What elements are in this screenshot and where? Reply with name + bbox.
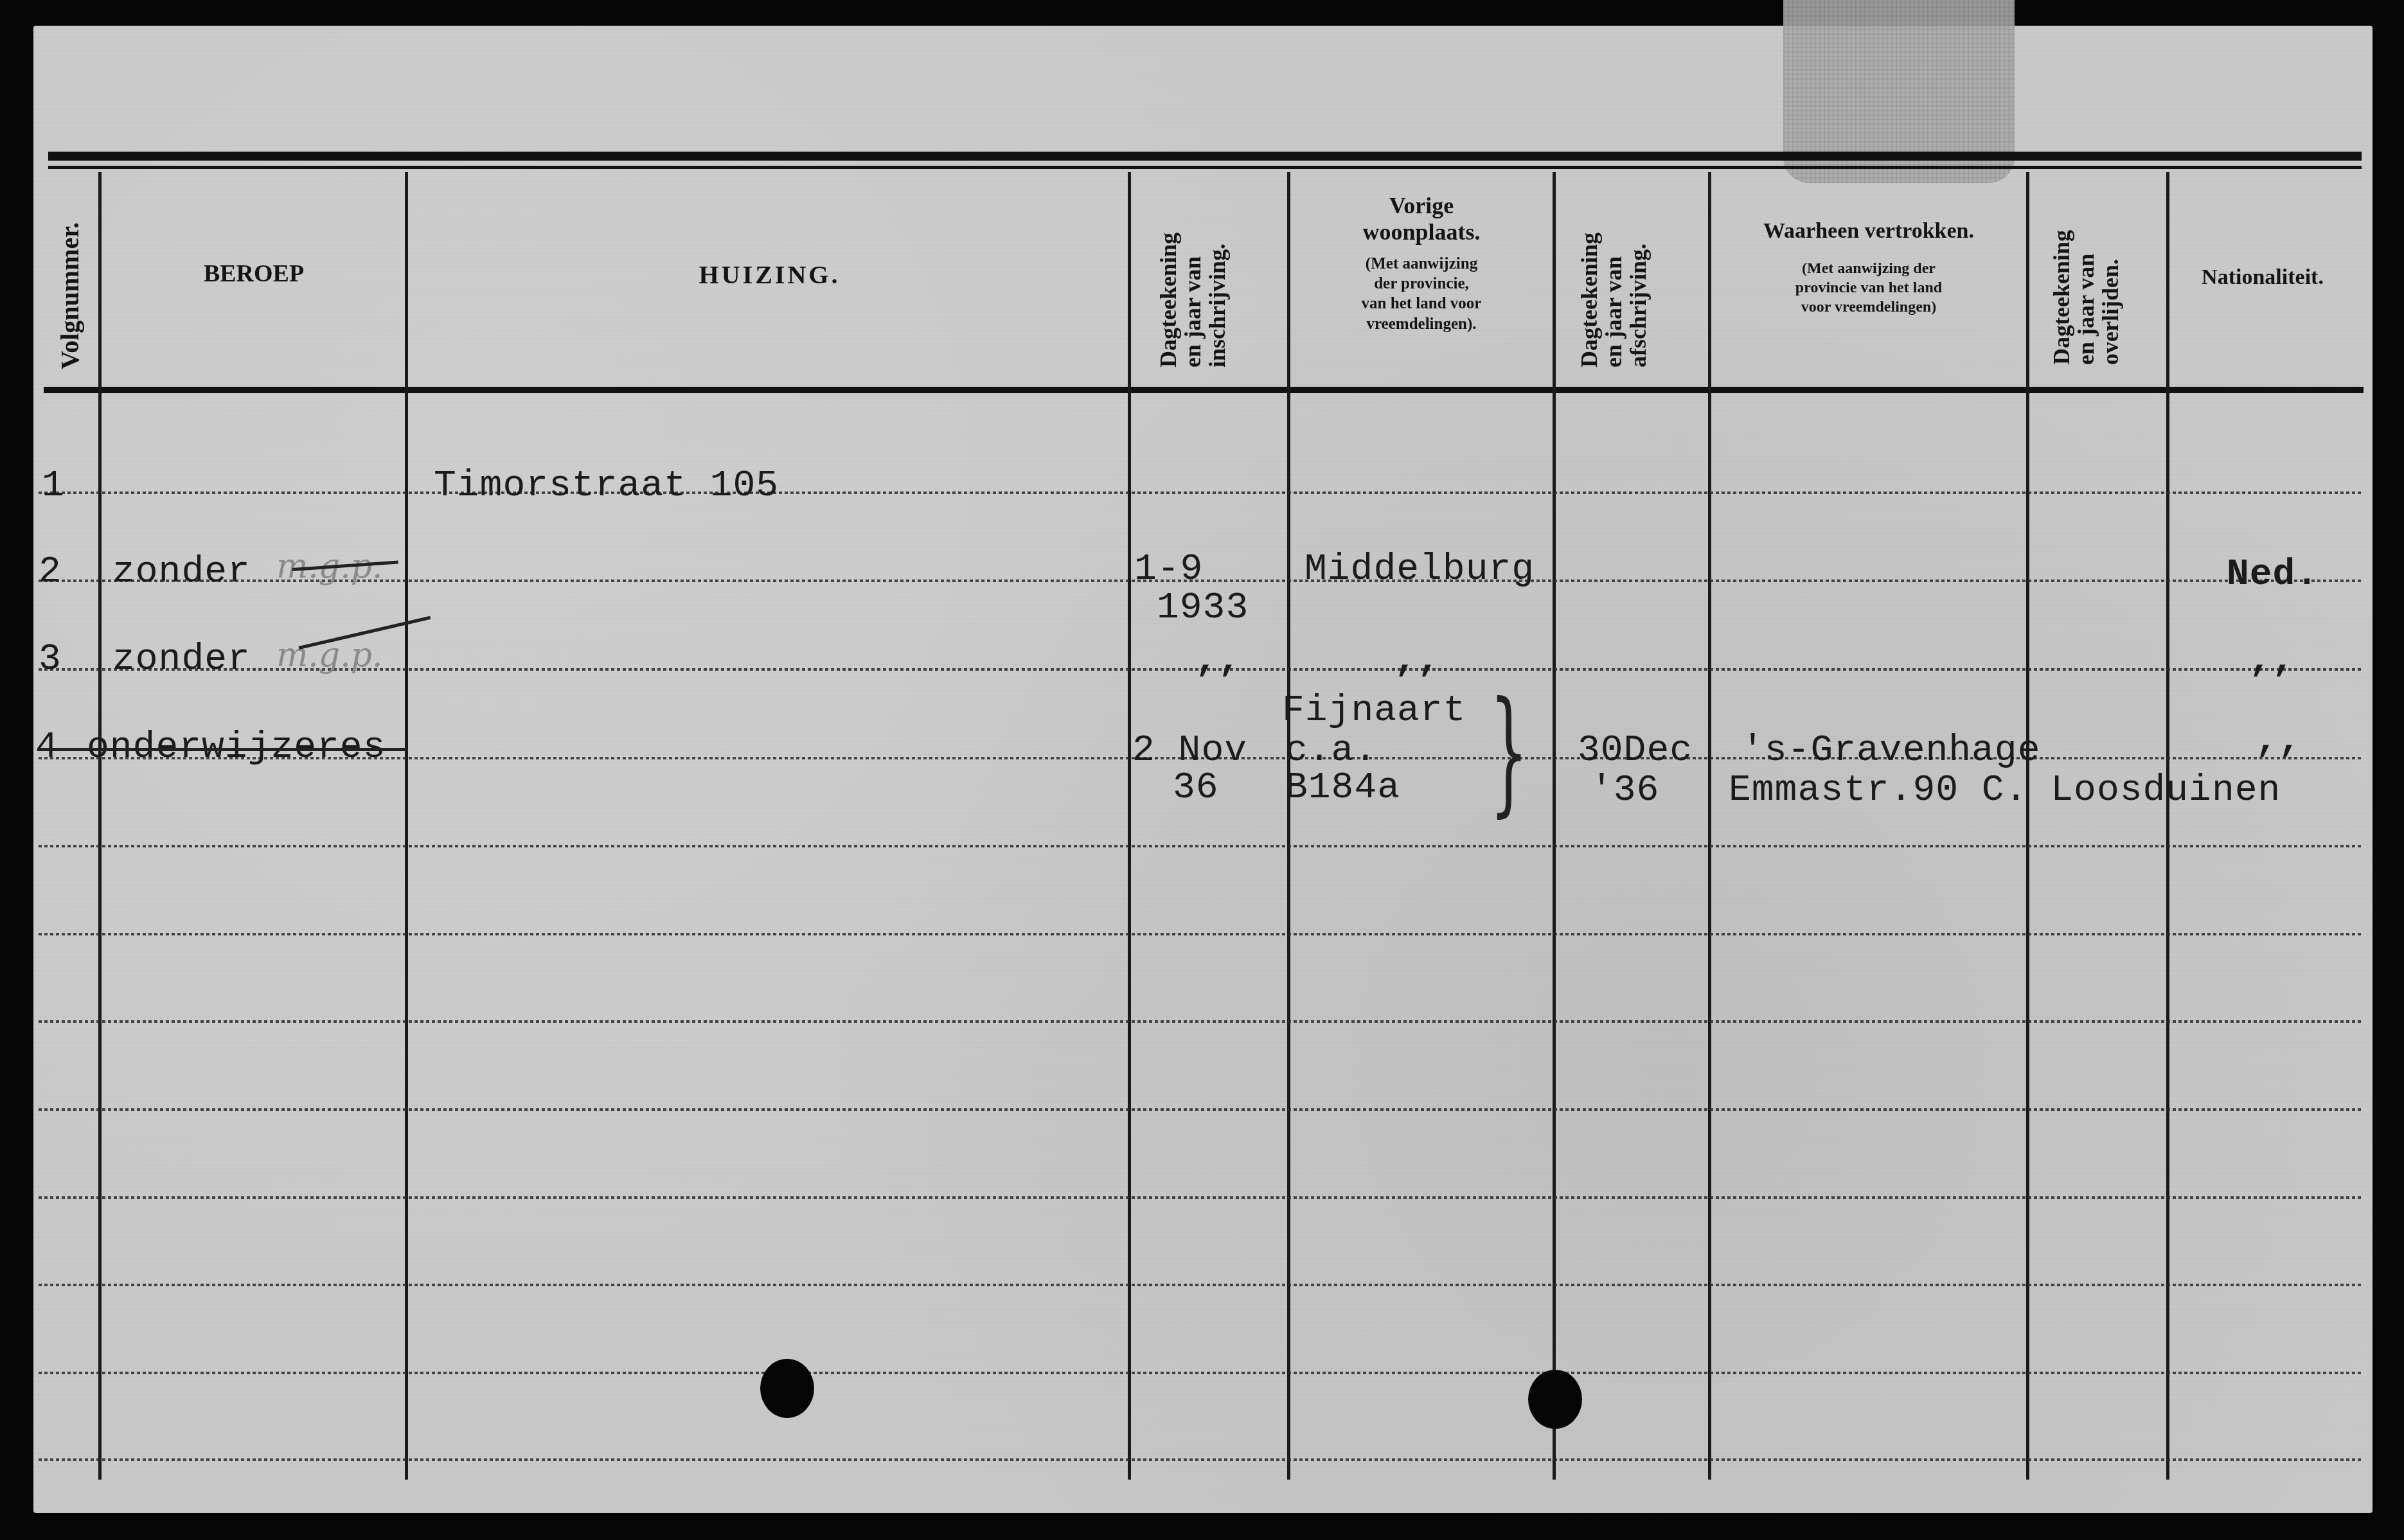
- row4-vorige-line3: B184a: [1285, 770, 1400, 807]
- header-afschrijving-line3: afschrijving.: [1626, 233, 1651, 367]
- header-inschrijving: Dagteekening en jaar van inschrijving.: [1157, 233, 1229, 367]
- header-inschrijving-line3: inschrijving.: [1206, 233, 1230, 367]
- header-waarheen-title: Waarheen vertrokken.: [1711, 218, 2026, 243]
- header-overlijden-line1: Dagteekening: [2050, 230, 2074, 365]
- header-afschrijving: Dagteekening en jaar van afschrijving.: [1578, 233, 1650, 367]
- row-line: [39, 1372, 2362, 1374]
- row4-nationaliteit-ditto: ,,: [2256, 723, 2302, 760]
- header-vorige-sub2: der provincie,: [1290, 274, 1553, 294]
- row-line: [39, 933, 2362, 935]
- header-waarheen-sub2: provincie van het land: [1711, 278, 2026, 297]
- row-line: [39, 1108, 2362, 1111]
- row2-inschrijving-date: 1-9: [1134, 551, 1203, 589]
- header-overlijden: Dagteekening en jaar van overlijden.: [2050, 230, 2123, 365]
- row-line: [39, 1020, 2362, 1023]
- header-waarheen-sub3: voor vreemdelingen): [1711, 297, 2026, 317]
- row-line: [39, 1458, 2362, 1461]
- header-vorige-title1: Vorige: [1290, 193, 1553, 219]
- punch-hole-left: [760, 1359, 814, 1418]
- header-huizing: HUIZING.: [411, 260, 1128, 290]
- header-afschrijving-line2: en jaar van: [1602, 233, 1626, 367]
- row4-inschrijving-date: 2 Nov: [1132, 732, 1247, 770]
- row-line: [39, 491, 2362, 494]
- row4-waarheen-line1: 's-Gravenhage: [1741, 732, 2040, 770]
- top-thick-rule: [48, 152, 2362, 161]
- row4-brace: }: [1490, 684, 1528, 819]
- row1-huizing: Timorstraat 105: [434, 468, 779, 505]
- header-overlijden-line3: overlijden.: [2099, 230, 2123, 365]
- header-overlijden-line2: en jaar van: [2074, 230, 2099, 365]
- header-vorige-woonplaats: Vorige woonplaats. (Met aanwijzing der p…: [1290, 193, 1553, 334]
- row3-inschrijving-ditto: ,,: [1195, 642, 1242, 680]
- row2-nationaliteit: Ned.: [2227, 556, 2319, 594]
- row4-beroep-strike: [39, 748, 408, 751]
- header-waarheen-sub1: (Met aanwijzing der: [1711, 259, 2026, 278]
- row3-vorige-ditto: ,,: [1394, 642, 1441, 680]
- header-huizing-text: HUIZING.: [699, 260, 841, 289]
- row4-inschrijving-year: 36: [1173, 770, 1219, 807]
- header-volgnummer: Volgnummer.: [57, 222, 84, 369]
- punch-hole-right: [1528, 1370, 1582, 1429]
- header-vorige-sub3: van het land voor: [1290, 294, 1553, 314]
- row-line: [39, 1196, 2362, 1199]
- row4-afschrijving-year: '36: [1590, 772, 1659, 810]
- row4-afschrijving-date: 30Dec: [1578, 732, 1693, 770]
- top-thin-rule: [48, 166, 2362, 169]
- header-afschrijving-line1: Dagteekening: [1578, 233, 1602, 367]
- header-nationaliteit: Nationaliteit.: [2169, 265, 2356, 290]
- row1-volgnummer: 1: [42, 468, 65, 505]
- header-inschrijving-line2: en jaar van: [1181, 233, 1206, 367]
- row4-waarheen-line2: Emmastr.90 C. Loosduinen: [1729, 772, 2281, 810]
- header-beroep: BEROEP: [103, 260, 405, 288]
- row2-inschrijving-year: 1933: [1157, 590, 1249, 627]
- header-vorige-title2: woonplaats.: [1290, 219, 1553, 245]
- row3-nationaliteit-ditto: ,,: [2249, 642, 2295, 680]
- header-inschrijving-line1: Dagteekening: [1157, 233, 1181, 367]
- row-line: [39, 845, 2362, 847]
- row4-vorige-line2: c.a.: [1285, 732, 1377, 770]
- row3-volgnummer: 3: [39, 641, 62, 678]
- row2-vorige-woonplaats: Middelburg: [1304, 551, 1535, 589]
- header-nationaliteit-text: Nationaliteit.: [2202, 265, 2324, 289]
- header-beroep-text: BEROEP: [204, 260, 304, 287]
- header-vorige-sub1: (Met aanwijzing: [1290, 254, 1553, 274]
- row4-vorige-line1: Fijnaart: [1282, 693, 1466, 730]
- header-waarheen: Waarheen vertrokken. (Met aanwijzing der…: [1711, 218, 2026, 317]
- row2-volgnummer: 2: [39, 554, 62, 591]
- header-volgnummer-text: Volgnummer.: [55, 222, 84, 369]
- row2-beroep: zonder: [112, 554, 251, 591]
- header-vorige-sub4: vreemdelingen).: [1290, 314, 1553, 334]
- row-line: [39, 1284, 2362, 1286]
- header-bottom-rule: [44, 387, 2364, 393]
- row3-beroep: zonder: [112, 641, 251, 678]
